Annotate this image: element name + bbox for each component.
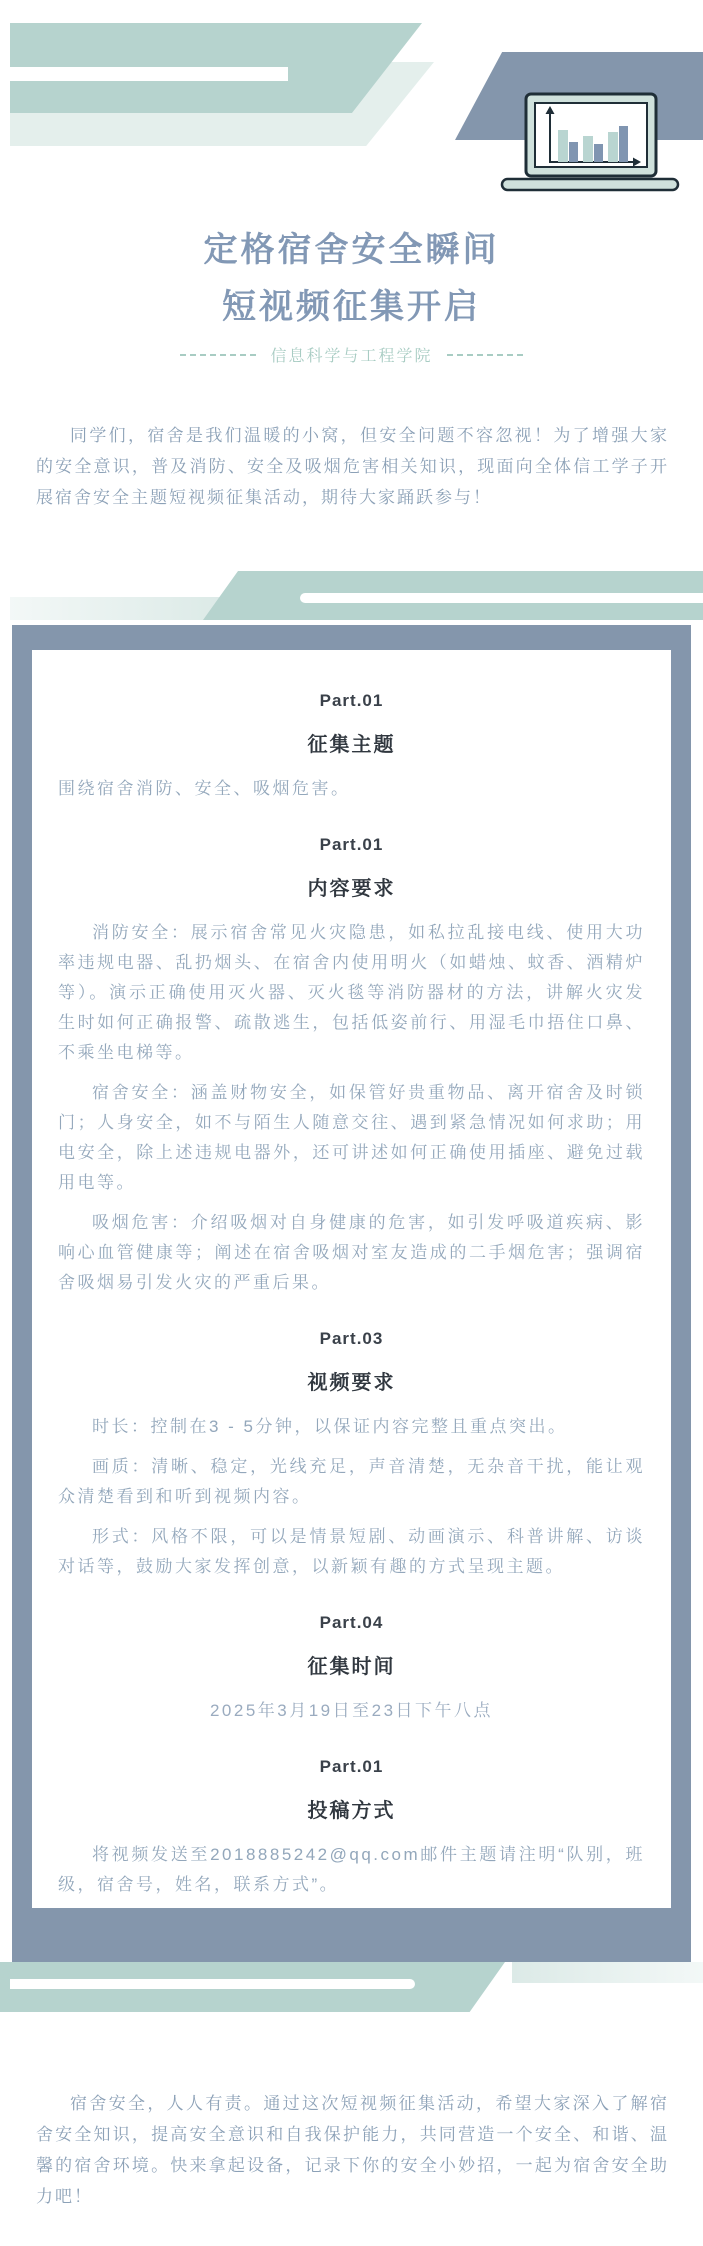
- footer-paragraph: 宿舍安全，人人有责。通过这次短视频征集活动，希望大家深入了解宿舍安全知识，提高安…: [36, 2088, 669, 2212]
- subtitle-dash-right: [447, 354, 523, 356]
- intro-paragraph: 同学们，宿舍是我们温暖的小窝，但安全问题不容忽视！为了增强大家的安全意识，普及消…: [36, 420, 669, 513]
- laptop-chart-icon: [500, 90, 680, 192]
- section-collection-time: Part.04 征集时间 2025年3月19日至23日下午八点: [58, 1612, 645, 1726]
- subtitle: 信息科学与工程学院: [270, 343, 432, 366]
- separator-top-white-stripe: [300, 593, 703, 603]
- section-title: 视频要求: [58, 1370, 645, 1396]
- collection-date: 2025年3月19日至23日下午八点: [58, 1696, 645, 1726]
- section-paragraph: 时长：控制在3 - 5分钟，以保证内容完整且重点突出。: [58, 1412, 645, 1442]
- section-title: 征集时间: [58, 1654, 645, 1680]
- section-title: 投稿方式: [58, 1798, 645, 1824]
- section-title: 内容要求: [58, 876, 645, 902]
- section-paragraph: 宿舍安全：涵盖财物安全，如保管好贵重物品、离开宿舍及时锁门；人身安全，如不与陌生…: [58, 1078, 645, 1198]
- section-part-label: Part.04: [58, 1612, 645, 1634]
- title-block: 定格宿舍安全瞬间 短视频征集开启 信息科学与工程学院: [0, 222, 703, 366]
- page-title-line-2: 短视频征集开启: [0, 279, 703, 336]
- content-frame: Part.01 征集主题 围绕宿舍消防、安全、吸烟危害。 Part.01 内容要…: [12, 625, 691, 1962]
- section-paragraph: 消防安全：展示宿舍常见火灾隐患，如私拉乱接电线、使用大功率违规电器、乱扔烟头、在…: [58, 918, 645, 1068]
- subtitle-dash-left: [180, 354, 256, 356]
- section-paragraph: 画质：清晰、稳定，光线充足，声音清楚，无杂音干扰，能让观众清楚看到和听到视频内容…: [58, 1452, 645, 1512]
- section-part-label: Part.01: [58, 690, 645, 712]
- poster-page: 定格宿舍安全瞬间 短视频征集开启 信息科学与工程学院 同学们，宿舍是我们温暖的小…: [0, 0, 703, 2246]
- subtitle-row: 信息科学与工程学院: [0, 343, 703, 366]
- separator-bottom-white-stripe: [10, 1979, 415, 1989]
- page-title-line-1: 定格宿舍安全瞬间: [0, 222, 703, 279]
- header-deco-left-stripe: [10, 67, 288, 81]
- content-card: Part.01 征集主题 围绕宿舍消防、安全、吸烟危害。 Part.01 内容要…: [32, 650, 671, 1908]
- section-content-requirements: Part.01 内容要求 消防安全：展示宿舍常见火灾隐患，如私拉乱接电线、使用大…: [58, 834, 645, 1298]
- section-part-label: Part.01: [58, 834, 645, 856]
- section-paragraph: 形式：风格不限，可以是情景短剧、动画演示、科普讲解、访谈对话等，鼓励大家发挥创意…: [58, 1522, 645, 1582]
- separator-top-light-strip: [10, 597, 222, 620]
- section-part-label: Part.03: [58, 1328, 645, 1350]
- section-video-requirements: Part.03 视频要求 时长：控制在3 - 5分钟，以保证内容完整且重点突出。…: [58, 1328, 645, 1582]
- section-title: 征集主题: [58, 732, 645, 758]
- section-paragraph: 将视频发送至2018885242@qq.com邮件主题请注明“队别，班级，宿舍号…: [58, 1840, 645, 1900]
- section-collection-theme: Part.01 征集主题 围绕宿舍消防、安全、吸烟危害。: [58, 690, 645, 804]
- section-paragraph: 吸烟危害：介绍吸烟对自身健康的危害，如引发呼吸道疾病、影响心血管健康等；阐述在宿…: [58, 1208, 645, 1298]
- section-part-label: Part.01: [58, 1756, 645, 1778]
- section-paragraph: 围绕宿舍消防、安全、吸烟危害。: [58, 774, 645, 804]
- separator-bottom-light-strip: [512, 1962, 703, 1983]
- section-submission-method: Part.01 投稿方式 将视频发送至2018885242@qq.com邮件主题…: [58, 1756, 645, 1900]
